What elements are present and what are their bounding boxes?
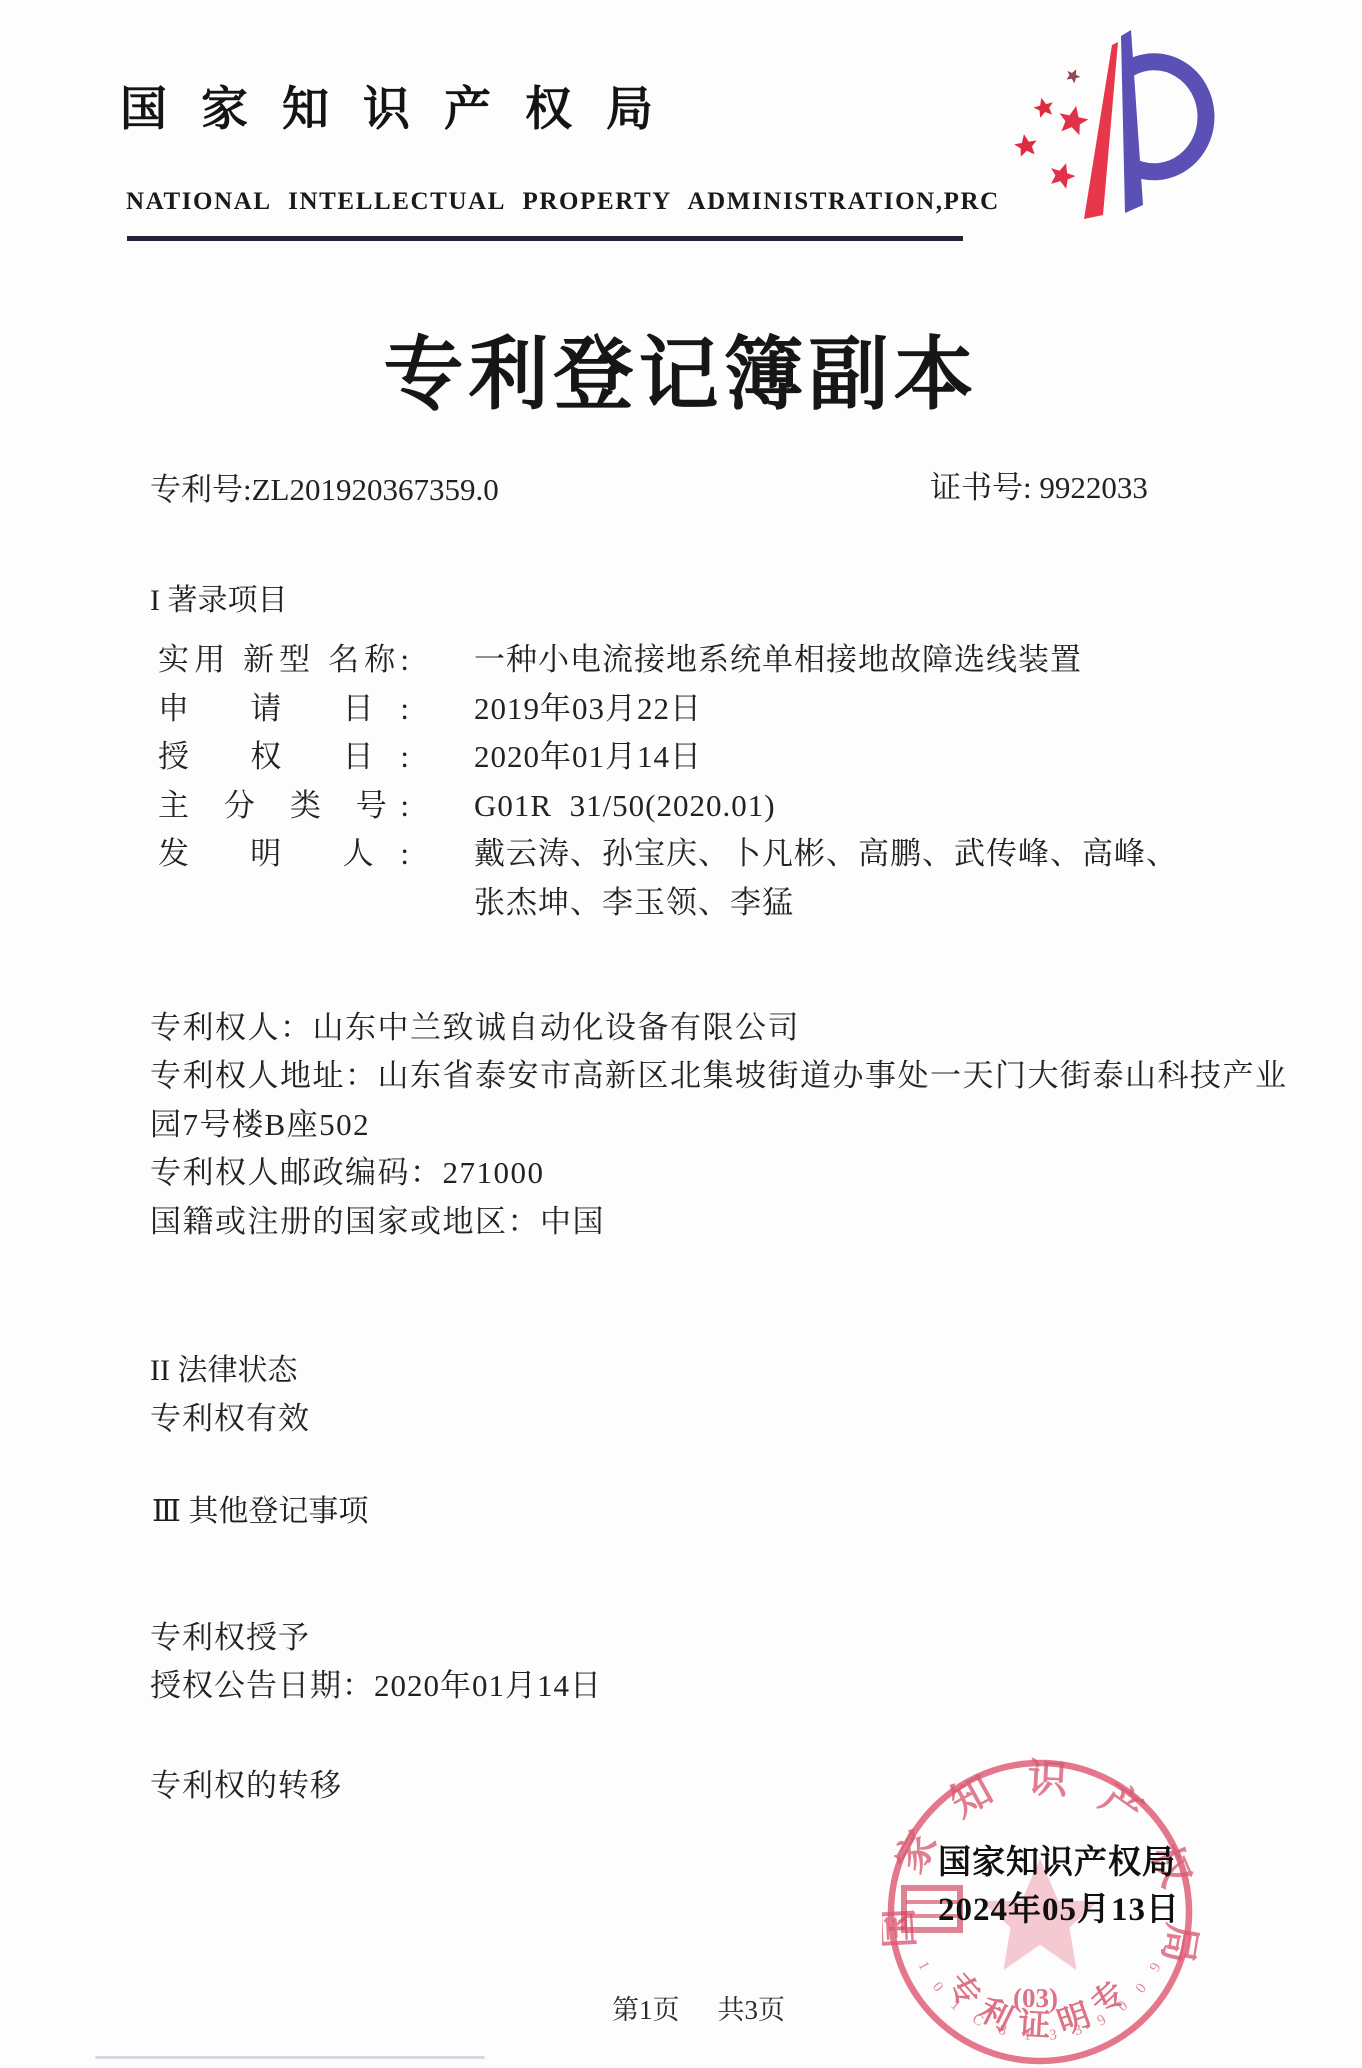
- field-row-grant-date: 授 权 日: 2020年01月14日: [158, 733, 1178, 782]
- field-label: 主 分 类 号:: [158, 782, 410, 831]
- field-row-title: 实用 新型 名称: 一种小电流接地系统单相接地故障选线装置: [158, 636, 1178, 685]
- section3-heading: Ⅲ 其他登记事项: [152, 1486, 368, 1530]
- field-value: 一种小电流接地系统单相接地故障选线装置: [474, 636, 1082, 685]
- stamp-date: 2024年05月13日: [938, 1887, 1180, 1934]
- grant-title: 专利权授予: [150, 1612, 310, 1657]
- bibliographic-fields: 实用 新型 名称: 一种小电流接地系统单相接地故障选线装置 申 请 日: 201…: [158, 636, 1178, 928]
- field-label: 发 明 人:: [158, 830, 410, 879]
- footer-page-number: 第1页: [612, 1988, 680, 2027]
- patentee-nationality-line: 国籍或注册的国家或地区：中国: [150, 1198, 1288, 1246]
- agency-name-en: NATIONAL INTELLECTUAL PROPERTY ADMINISTR…: [126, 188, 1000, 216]
- field-row-classification: 主 分 类 号: G01R 31/50(2020.01): [158, 782, 1178, 831]
- footer-total-pages: 共3页: [718, 1988, 786, 2027]
- patent-number: 专利号:ZL201920367359.0: [150, 464, 499, 509]
- patent-register-document: 国家知识产权局 NATIONAL INTELLECTUAL PROPERTY A…: [0, 0, 1362, 2068]
- field-value: 2020年01月14日: [474, 733, 702, 782]
- field-value: G01R 31/50(2020.01): [474, 782, 776, 831]
- field-label: 授 权 日:: [158, 733, 410, 782]
- grant-publication-date: 授权公告日期：2020年01月14日: [150, 1660, 602, 1705]
- patentee-name-line: 专利权人：山东中兰致诚自动化设备有限公司: [150, 1004, 1288, 1052]
- scan-artifact: [95, 2056, 485, 2059]
- field-row-inventors: 发 明 人: 戴云涛、孙宝庆、卜凡彬、高鹏、武传峰、高峰、: [158, 830, 1178, 879]
- patentee-address-continuation: 园7号楼B座502: [150, 1101, 1288, 1149]
- field-value-continuation: 张杰坤、李玉领、李猛: [158, 879, 1178, 928]
- agency-name-cn: 国家知识产权局: [120, 72, 687, 139]
- section2-heading: II 法律状态: [150, 1345, 297, 1389]
- page-footer: 第1页 共3页: [612, 1988, 785, 2027]
- patentee-info: 专利权人：山东中兰致诚自动化设备有限公司 专利权人地址：山东省泰安市高新区北集坡…: [150, 1004, 1288, 1246]
- field-label: 实用 新型 名称:: [158, 636, 410, 685]
- field-label: 申 请 日:: [158, 685, 410, 734]
- issuing-authority-and-date: 国家知识产权局 2024年05月13日: [938, 1840, 1180, 1934]
- patentee-address-line: 专利权人地址：山东省泰安市高新区北集坡街道办事处一天门大街泰山科技产业: [150, 1052, 1288, 1100]
- patentee-postcode-line: 专利权人邮政编码：271000: [150, 1149, 1288, 1197]
- header-divider: [127, 236, 963, 241]
- transfer-title: 专利权的转移: [150, 1760, 342, 1805]
- document-title: 专利登记簿副本: [0, 310, 1362, 425]
- stamp-authority: 国家知识产权局: [938, 1840, 1180, 1887]
- section1-heading: I 著录项目: [150, 575, 288, 619]
- cnipa-logo-icon: [1000, 20, 1270, 240]
- field-row-filing-date: 申 请 日: 2019年03月22日: [158, 685, 1178, 734]
- field-value: 2019年03月22日: [474, 685, 702, 734]
- seal-code: (03): [1013, 1983, 1058, 2013]
- certificate-number: 证书号: 9922033: [930, 462, 1148, 507]
- field-value: 戴云涛、孙宝庆、卜凡彬、高鹏、武传峰、高峰、: [474, 830, 1178, 879]
- legal-status: 专利权有效: [150, 1393, 310, 1438]
